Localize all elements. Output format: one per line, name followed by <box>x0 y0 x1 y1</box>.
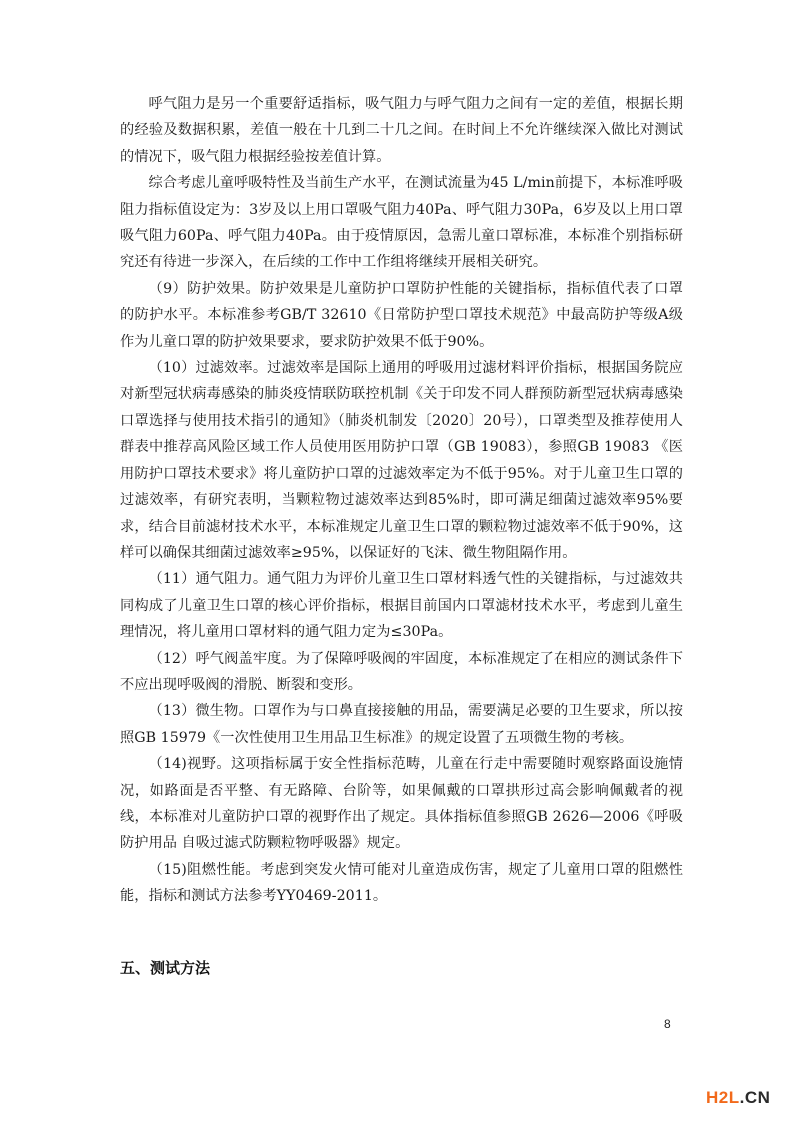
paragraph-microorganisms: （13）微生物。口罩作为与口鼻直接接触的用品，需要满足必要的卫生要求，所以按照G… <box>120 698 683 751</box>
paragraph-resistance-values: 综合考虑儿童呼吸特性及当前生产水平，在测试流量为45 L/min前提下，本标准呼… <box>120 170 683 276</box>
page-number: 8 <box>664 1017 671 1031</box>
watermark-part1: H2L <box>706 1088 740 1107</box>
paragraph-flame-retardancy: （15)阻燃性能。考虑到突发火情可能对儿童造成伤害，规定了儿童用口罩的阻燃性能，… <box>120 857 683 910</box>
paragraph-exhalation-resistance: 呼气阻力是另一个重要舒适指标，吸气阻力与呼气阻力之间有一定的差值，根据长期的经验… <box>120 91 683 170</box>
watermark-logo: H2L.CN <box>706 1088 770 1108</box>
document-page: 呼气阻力是另一个重要舒适指标，吸气阻力与呼气阻力之间有一定的差值，根据长期的经验… <box>0 0 793 1122</box>
paragraph-ventilation-resistance: （11）通气阻力。通气阻力为评价儿童卫生口罩材料透气性的关键指标，与过滤效共同构… <box>120 566 683 645</box>
body-text: 呼气阻力是另一个重要舒适指标，吸气阻力与呼气阻力之间有一定的差值，根据长期的经验… <box>120 91 683 910</box>
paragraph-protection-effect: （9）防护效果。防护效果是儿童防护口罩防护性能的关键指标，指标值代表了口罩的防护… <box>120 276 683 355</box>
paragraph-valve-cover-firmness: （12）呼气阀盖牢度。为了保障呼吸阀的牢固度，本标准规定了在相应的测试条件下不应… <box>120 646 683 699</box>
section-heading: 五、测试方法 <box>120 957 210 978</box>
paragraph-field-of-view: （14)视野。这项指标属于安全性指标范畴，儿童在行走中需要随时观察路面设施情况，… <box>120 751 683 857</box>
paragraph-filtration-efficiency: （10）过滤效率。过滤效率是国际上通用的呼吸用过滤材料评价指标，根据国务院应对新… <box>120 355 683 566</box>
watermark-part2: .CN <box>740 1088 771 1107</box>
